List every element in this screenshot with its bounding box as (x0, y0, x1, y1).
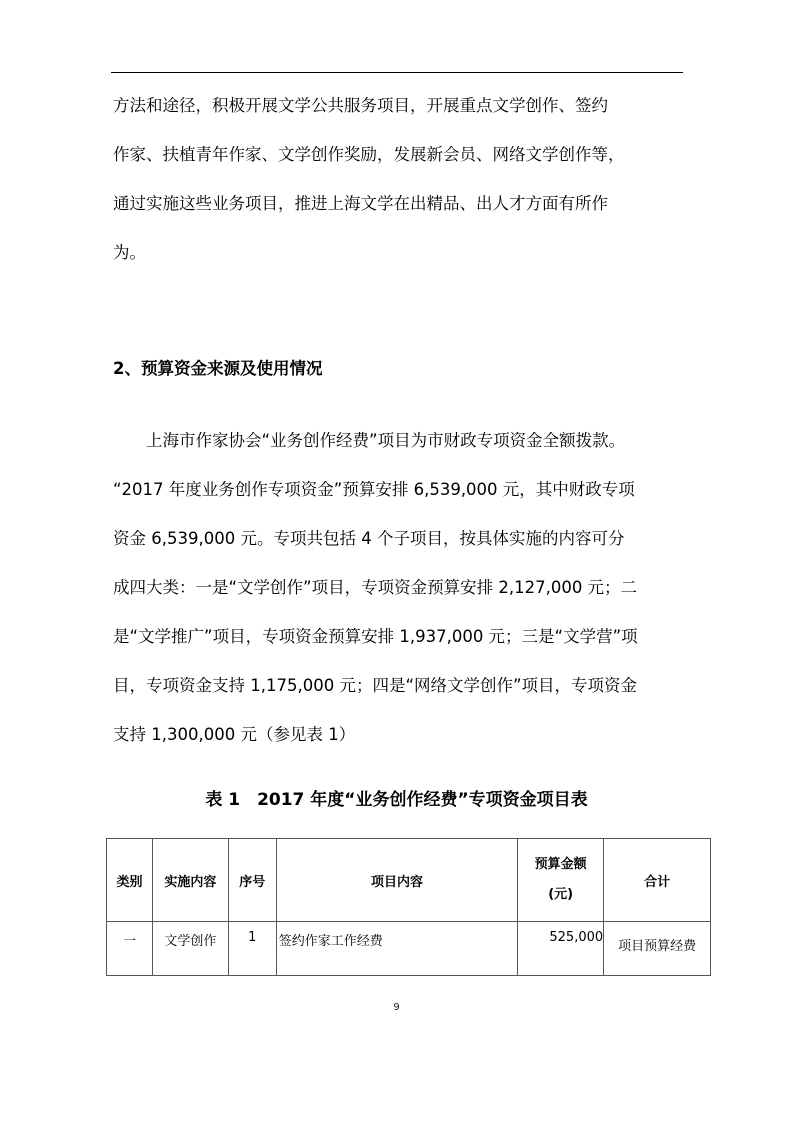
section-heading: 2、预算资金来源及使用情况 (113, 355, 322, 379)
page-number: 9 (0, 1002, 793, 1013)
budget-table: 类别 实施内容 序号 项目内容 预算金额 (元) 合计 一 文学创作 1 签约作… (106, 838, 711, 976)
header-total: 合计 (604, 839, 711, 922)
text-line: “2017 年度业务创作专项资金”预算安排 6,539,000 元，其中财政专项 (113, 476, 635, 500)
header-category: 类别 (107, 839, 153, 922)
text-line: 作家、扶植青年作家、文学创作奖励，发展新会员、网络文学创作等， (113, 141, 625, 165)
header-rule (111, 72, 683, 73)
cell-seq: 1 (228, 922, 276, 976)
text-line: 通过实施这些业务项目，推进上海文学在出精品、出人才方面有所作 (113, 190, 608, 214)
header-amount-line2: (元) (518, 880, 603, 910)
header-amount: 预算金额 (元) (518, 839, 604, 922)
table-row: 一 文学创作 1 签约作家工作经费 525,000 项目预算经费 (107, 922, 711, 976)
text-line: 目，专项资金支持 1,175,000 元；四是“网络文学创作”项目，专项资金 (113, 672, 637, 696)
table-header-row: 类别 实施内容 序号 项目内容 预算金额 (元) 合计 (107, 839, 711, 922)
text-line: 方法和途径，积极开展文学公共服务项目，开展重点文学创作、签约 (113, 92, 608, 116)
text-line: 上海市作家协会“业务创作经费”项目为市财政专项资金全额拨款。 (113, 427, 625, 451)
cell-total: 项目预算经费 (604, 922, 711, 976)
cell-amount: 525,000 (518, 922, 604, 976)
text-line: 成四大类：一是“文学创作”项目，专项资金预算安排 2,127,000 元；二 (113, 574, 637, 598)
cell-content: 文学创作 (152, 922, 228, 976)
text-line: 支持 1,300,000 元（参见表 1） (113, 721, 355, 745)
header-content: 实施内容 (152, 839, 228, 922)
cell-category: 一 (107, 922, 153, 976)
header-item: 项目内容 (276, 839, 518, 922)
text-line: 是“文学推广”项目，专项资金预算安排 1,937,000 元；三是“文学营”项 (113, 623, 638, 647)
cell-item: 签约作家工作经费 (276, 922, 518, 976)
text-line: 资金 6,539,000 元。专项共包括 4 个子项目，按具体实施的内容可分 (113, 525, 624, 549)
header-amount-line1: 预算金额 (518, 850, 603, 880)
table-caption: 表 1 2017 年度“业务创作经费”专项资金项目表 (0, 785, 793, 810)
header-seq: 序号 (228, 839, 276, 922)
text-line: 为。 (113, 239, 146, 263)
